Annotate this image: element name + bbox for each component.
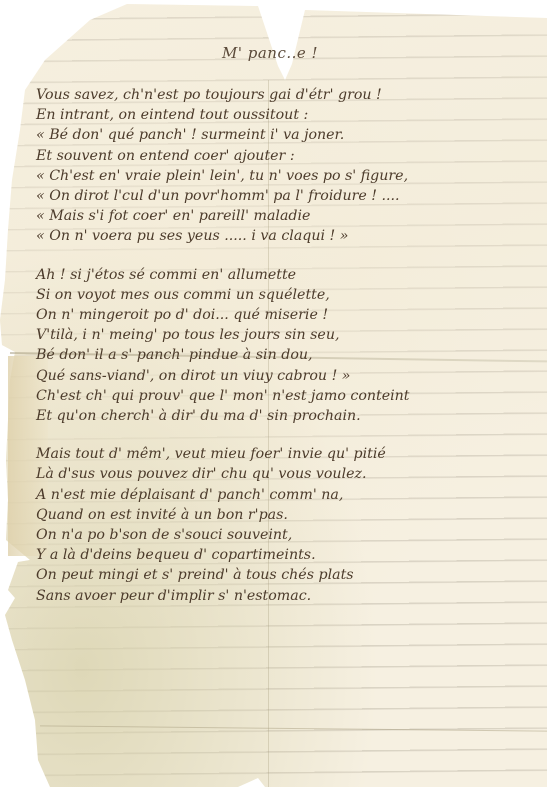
poem-line: Si on voyot mes ous commi un squélette, (36, 285, 541, 305)
poem-line: En intrant, on eintend tout oussitout : (36, 105, 541, 125)
poem-body: Vous savez, ch'n'est po toujours gai d'é… (36, 85, 541, 624)
poem-line: « On dirot l'cul d'un povr'homm' pa l' f… (36, 186, 541, 206)
poem-line: « Mais s'i fot coer' en' pareill' maladi… (36, 206, 541, 226)
poem-line: Et souvent on entend coer' ajouter : (36, 146, 541, 166)
poem-line: On n' mingeroit po d' doi... qué miserie… (36, 305, 541, 325)
stanza-3: Mais tout d' mêm', veut mieu foer' invie… (36, 444, 541, 606)
stanza-2: Ah ! si j'étos sé commi en' allumette Si… (36, 265, 541, 427)
poem-line: Y a là d'deins bequeu d' copartimeints. (36, 545, 541, 565)
poem-line: Quand on est invité à un bon r'pas. (36, 505, 541, 525)
poem-line: Ch'est ch' qui prouv' que l' mon' n'est … (36, 386, 541, 406)
poem-line: Mais tout d' mêm', veut mieu foer' invie… (36, 444, 541, 464)
poem-line: « Bé don' qué panch' ! surmeint i' va jo… (36, 125, 541, 145)
poem-line: Bé don' il a s' panch' pindue à sin dou, (36, 345, 541, 365)
poem-line: Là d'sus vous pouvez dir' chu qu' vous v… (36, 464, 541, 484)
poem-title: M' panc..e ! (222, 44, 318, 62)
poem-line: Et qu'on cherch' à dir' du ma d' sin pro… (36, 406, 541, 426)
poem-line: « Ch'est en' vraie plein' lein', tu n' v… (36, 166, 541, 186)
poem-line: V'tilà, i n' meing' po tous les jours si… (36, 325, 541, 345)
stanza-1: Vous savez, ch'n'est po toujours gai d'é… (36, 85, 541, 247)
poem-line: « On n' voera pu ses yeus ..... i va cla… (36, 226, 541, 246)
poem-line: A n'est mie déplaisant d' panch' comm' n… (36, 485, 541, 505)
poem-line: On peut mingi et s' preind' à tous chés … (36, 565, 541, 585)
poem-line: On n'a po b'son de s'souci souveint, (36, 525, 541, 545)
poem-line: Vous savez, ch'n'est po toujours gai d'é… (36, 85, 541, 105)
poem-line: Ah ! si j'étos sé commi en' allumette (36, 265, 541, 285)
poem-line: Qué sans-viand', on dirot un viuy cabrou… (36, 366, 541, 386)
poem-line: Sans avoer peur d'implir s' n'estomac. (36, 586, 541, 606)
